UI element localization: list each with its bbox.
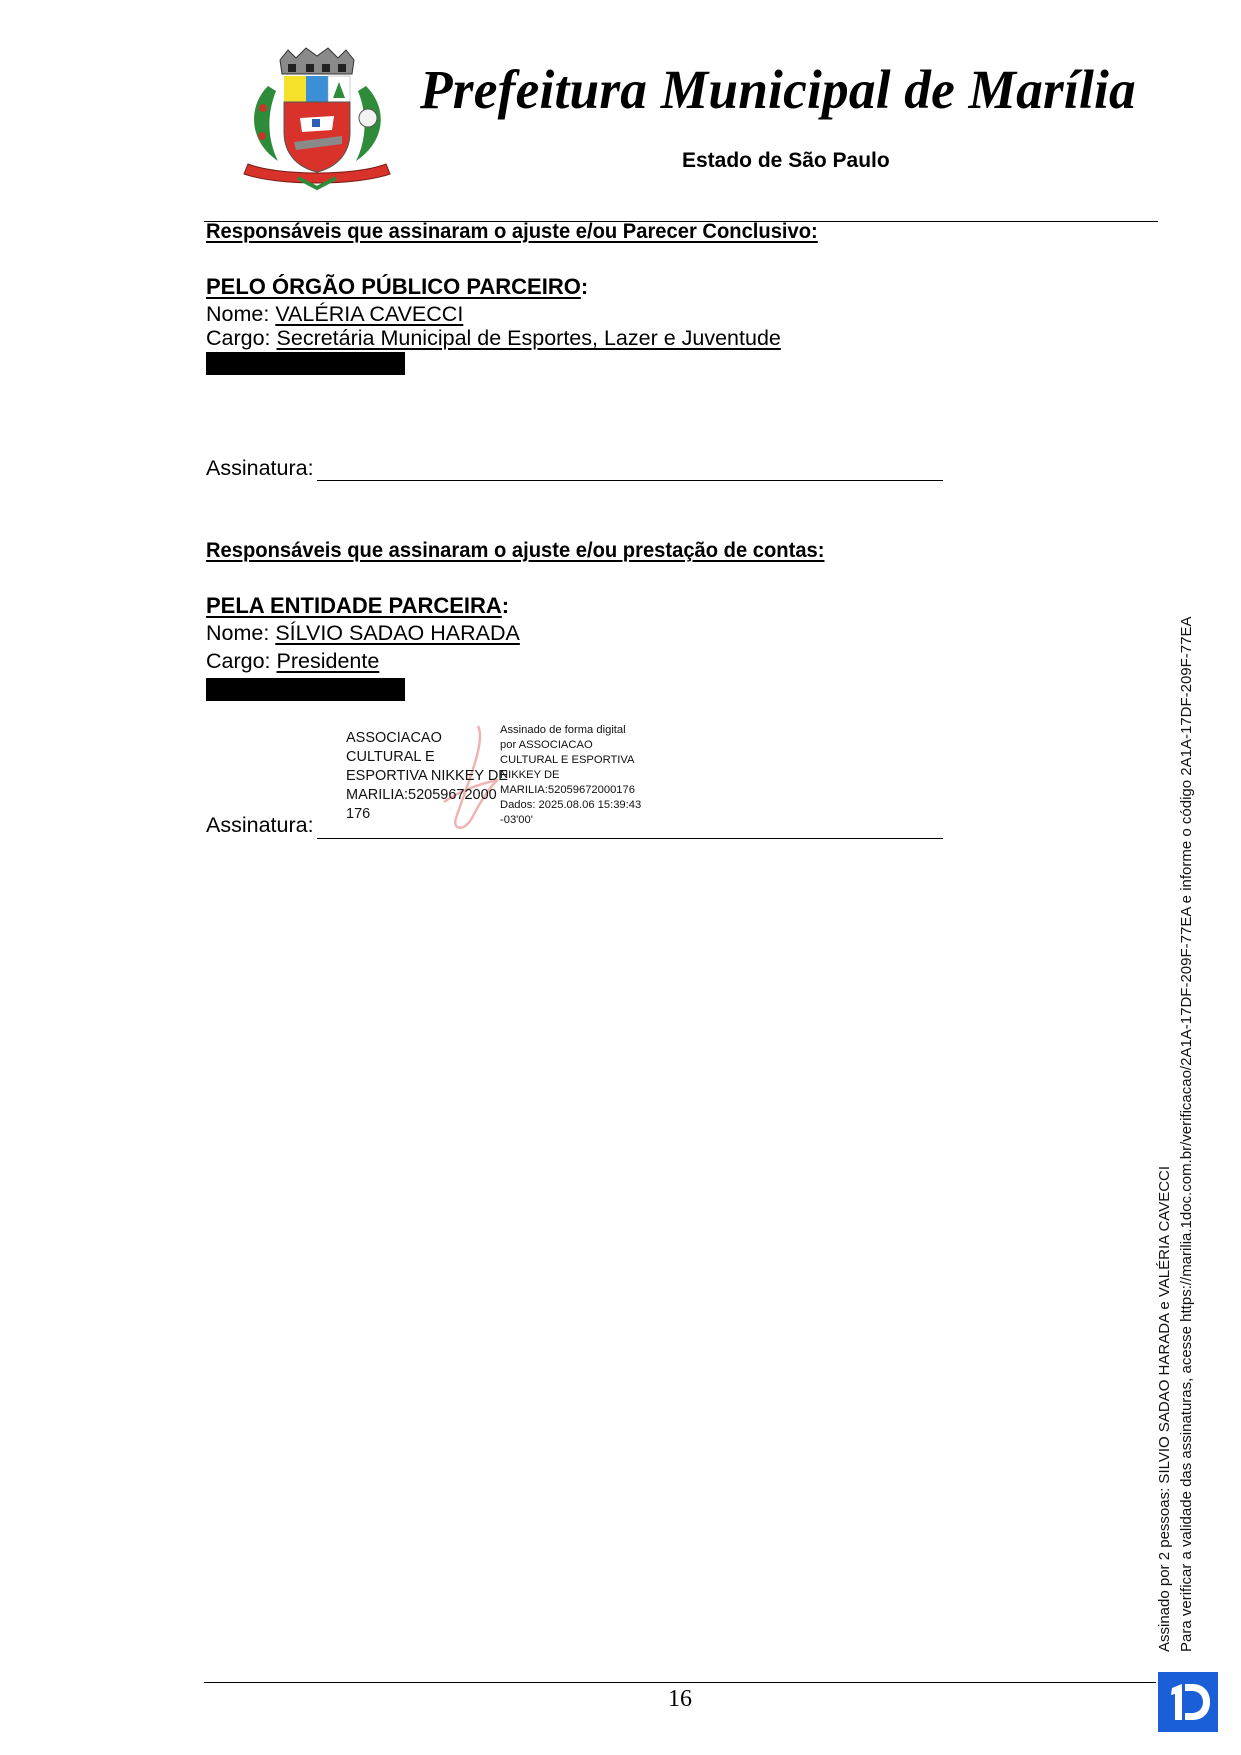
detail-line: Assinado de forma digital bbox=[500, 723, 641, 738]
name-line-entidade: Nome: SÍLVIO SADAO HARADA bbox=[206, 621, 520, 646]
detail-line: NIKKEY DE bbox=[500, 768, 641, 783]
signature-line bbox=[317, 838, 943, 839]
role-label: Cargo: bbox=[206, 326, 277, 350]
party-heading-text: PELO ÓRGÃO PÚBLICO PARCEIRO bbox=[206, 274, 581, 299]
document-subtitle: Estado de São Paulo bbox=[682, 149, 890, 173]
detail-line: -03'00' bbox=[500, 813, 641, 828]
signer-line: MARILIA:52059672000 bbox=[346, 786, 508, 805]
name-value: VALÉRIA CAVECCI bbox=[275, 302, 463, 326]
signature-line bbox=[317, 480, 943, 481]
footer-divider bbox=[204, 1682, 1156, 1683]
role-label: Cargo: bbox=[206, 649, 277, 673]
coat-of-arms-icon bbox=[238, 46, 396, 191]
role-line-orgao: Cargo: Secretária Municipal de Esportes,… bbox=[206, 326, 781, 351]
name-value: SÍLVIO SADAO HARADA bbox=[275, 621, 520, 645]
document-title: Prefeitura Municipal de Marília bbox=[420, 58, 1136, 121]
signers-notice: Assinado por 2 pessoas: SILVIO SADAO HAR… bbox=[1156, 1166, 1173, 1652]
party-heading-orgao-publico: PELO ÓRGÃO PÚBLICO PARCEIRO: bbox=[206, 274, 588, 300]
section-heading-prestacao: Responsáveis que assinaram o ajuste e/ou… bbox=[206, 539, 824, 563]
name-label: Nome: bbox=[206, 621, 275, 645]
page-number: 16 bbox=[660, 1686, 700, 1713]
digital-signature-signer: ASSOCIACAO CULTURAL E ESPORTIVA NIKKEY D… bbox=[346, 729, 508, 824]
redacted-block bbox=[206, 678, 405, 701]
detail-line: CULTURAL E ESPORTIVA bbox=[500, 753, 641, 768]
1doc-logo-icon bbox=[1158, 1672, 1218, 1732]
detail-line: Dados: 2025.08.06 15:39:43 bbox=[500, 798, 641, 813]
digital-signature-details: Assinado de forma digital por ASSOCIACAO… bbox=[500, 723, 641, 828]
section-heading-parecer: Responsáveis que assinaram o ajuste e/ou… bbox=[206, 220, 818, 244]
detail-line: MARILIA:52059672000176 bbox=[500, 783, 641, 798]
signer-line: CULTURAL E bbox=[346, 748, 508, 767]
signer-line: 176 bbox=[346, 805, 508, 824]
role-value: Secretária Municipal de Esportes, Lazer … bbox=[277, 326, 781, 350]
role-line-entidade: Cargo: Presidente bbox=[206, 649, 379, 674]
redacted-block bbox=[206, 352, 405, 375]
name-line-orgao: Nome: VALÉRIA CAVECCI bbox=[206, 302, 463, 327]
signer-line: ESPORTIVA NIKKEY DE bbox=[346, 767, 508, 786]
role-value: Presidente bbox=[277, 649, 380, 673]
party-heading-colon: : bbox=[581, 274, 588, 299]
signer-line: ASSOCIACAO bbox=[346, 729, 508, 748]
signature-label: Assinatura: bbox=[206, 456, 314, 481]
party-heading-entidade: PELA ENTIDADE PARCEIRA: bbox=[206, 593, 509, 619]
party-heading-colon: : bbox=[502, 593, 509, 618]
name-label: Nome: bbox=[206, 302, 275, 326]
party-heading-text: PELA ENTIDADE PARCEIRA bbox=[206, 593, 502, 618]
verification-notice[interactable]: Para verificar a validade das assinatura… bbox=[1178, 617, 1195, 1653]
signature-label: Assinatura: bbox=[206, 813, 314, 838]
detail-line: por ASSOCIACAO bbox=[500, 738, 641, 753]
